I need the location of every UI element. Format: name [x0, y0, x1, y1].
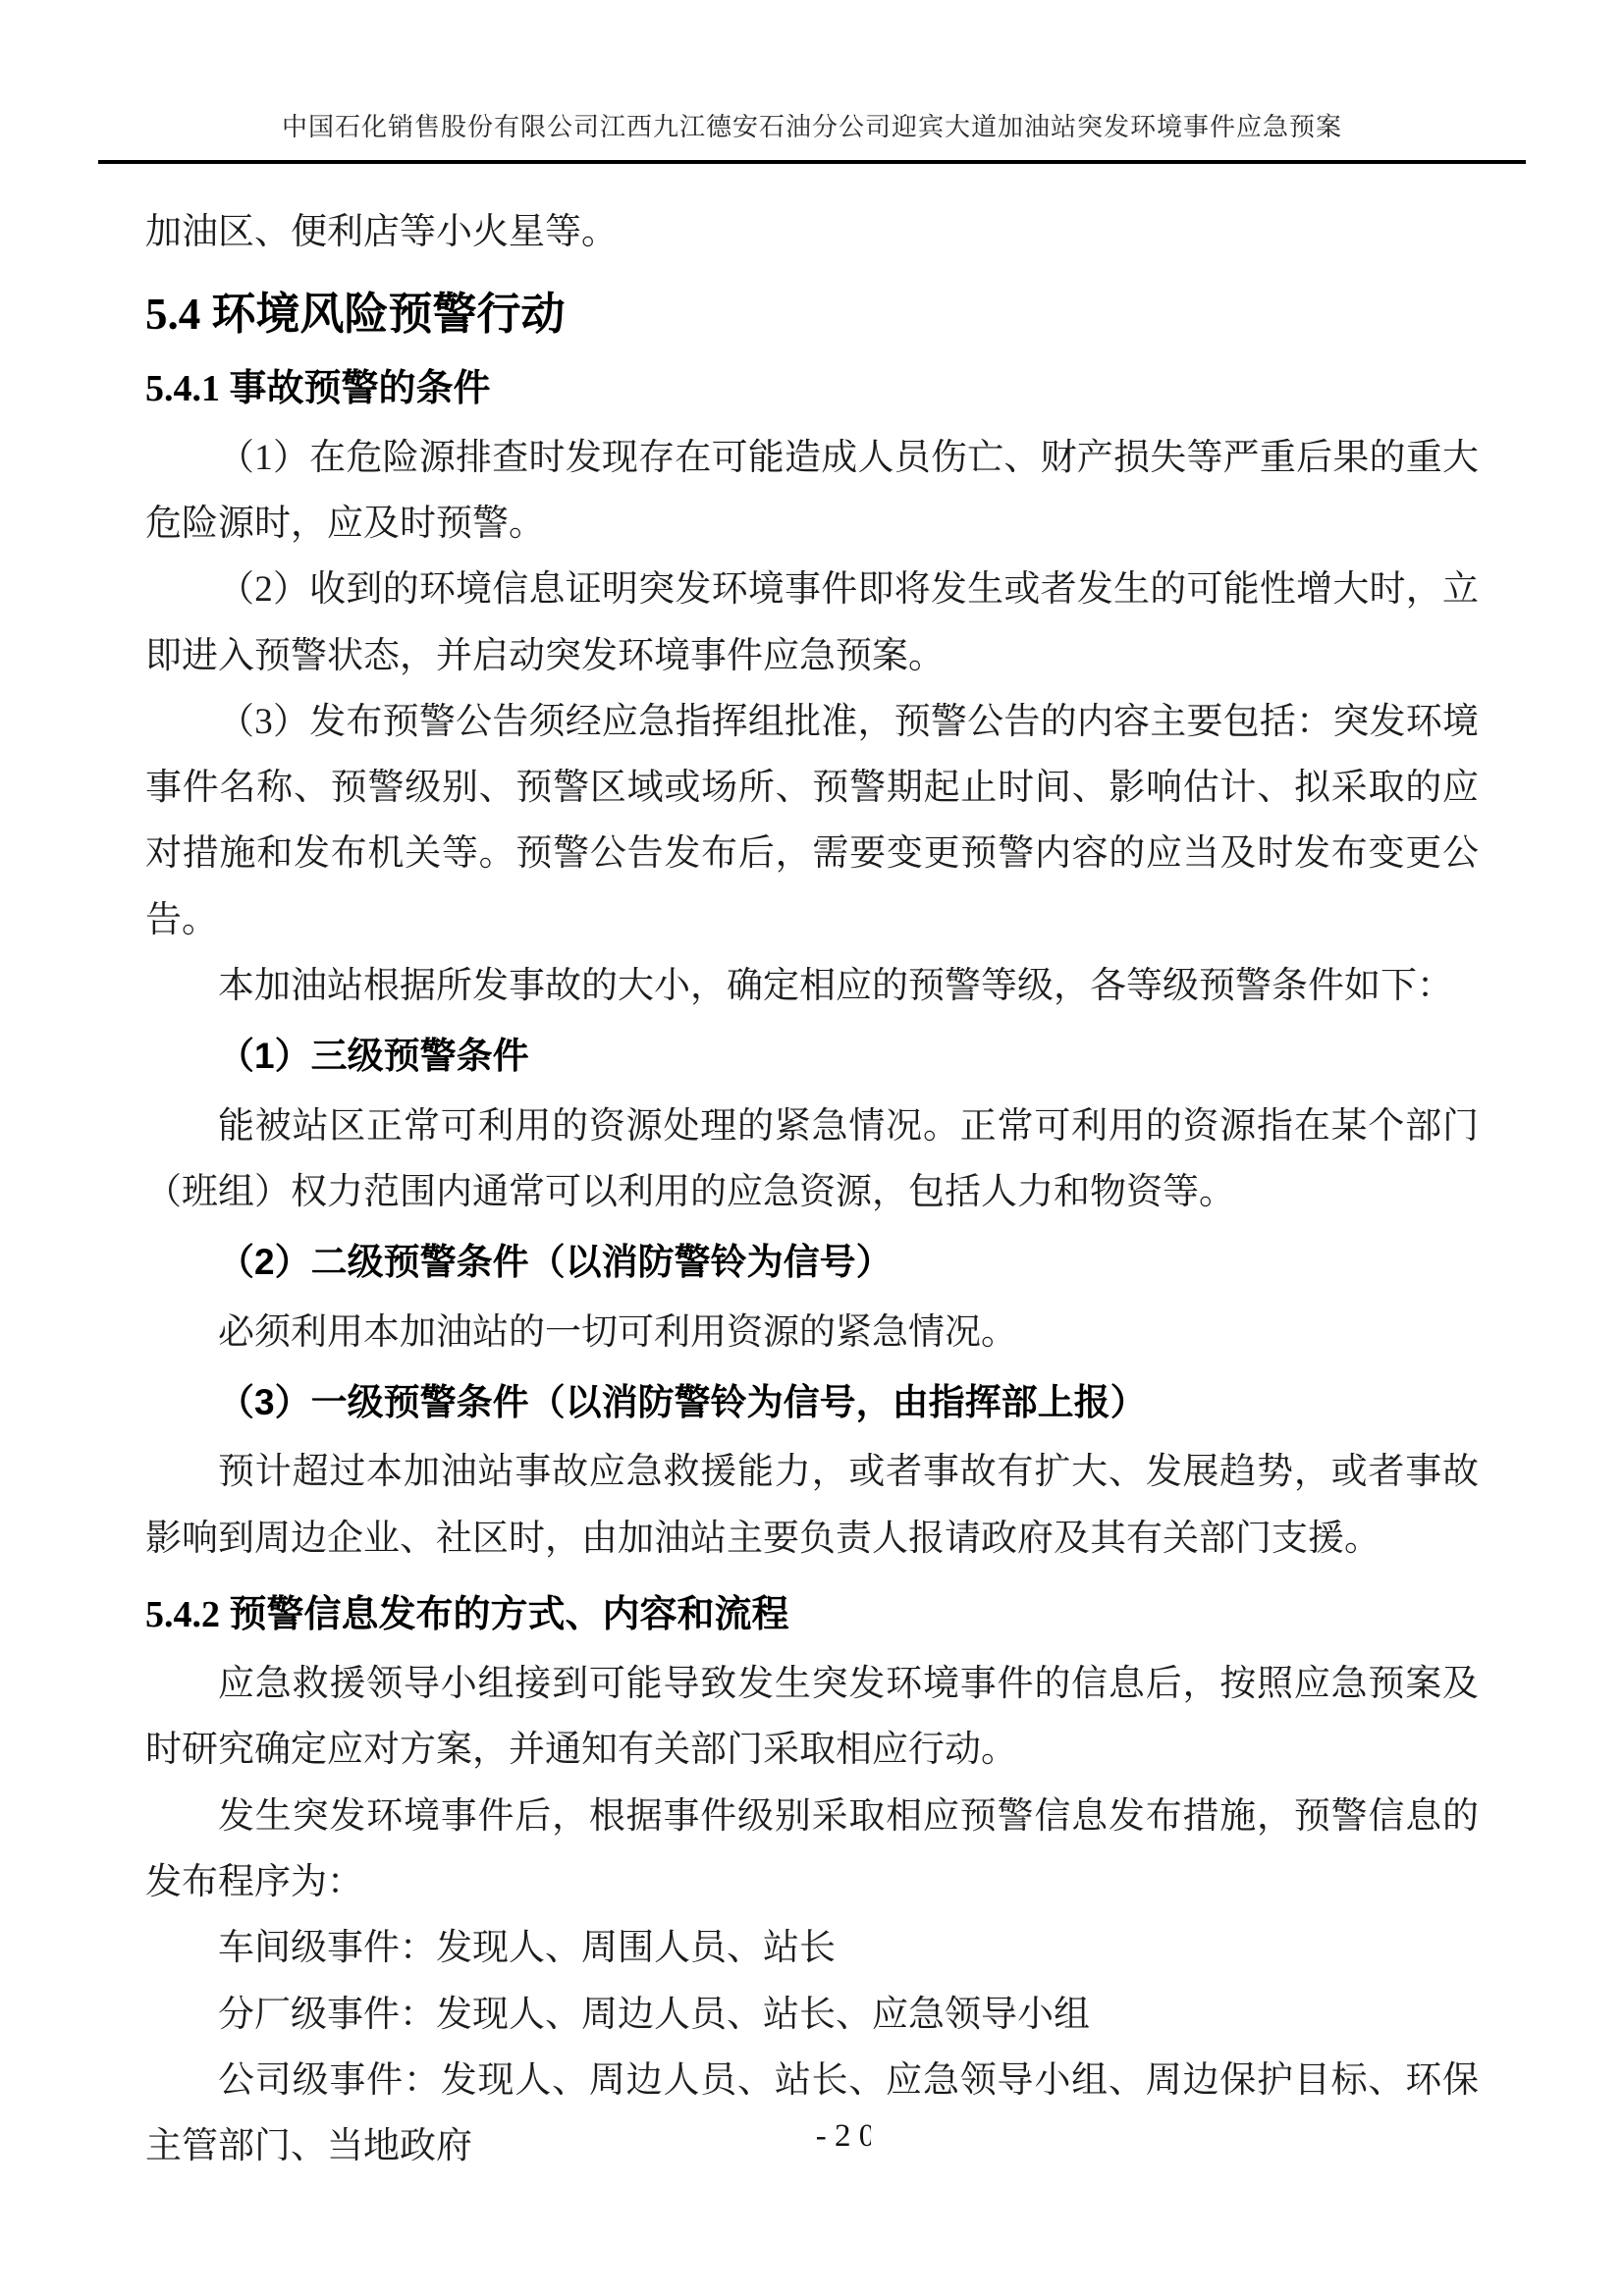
page-header: 中国石化销售股份有限公司江西九江德安石油分公司迎宾大道加油站突发环境事件应急预案 — [98, 0, 1526, 164]
section-5-4-2-title: 预警信息发布的方式、内容和流程 — [230, 1594, 789, 1635]
page-footer: - 2 0 — [0, 2118, 1624, 2155]
page-number: - 2 0 — [816, 2118, 872, 2155]
paragraph-carryover: 加油区、便利店等小火星等。 — [145, 199, 1479, 265]
page-number-text: - 2 — [816, 2118, 851, 2154]
header-rule — [98, 160, 1526, 164]
paragraph-level-1-description: 预计超过本加油站事故应急救援能力，或者事故有扩大、发展趋势，或者事故影响到周边企… — [145, 1439, 1479, 1572]
paragraph-level-2-description: 必须利用本加油站的一切可利用资源的紧急情况。 — [145, 1300, 1479, 1365]
section-5-4-title: 环境风险预警行动 — [212, 290, 566, 339]
section-5-4-1-title: 事故预警的条件 — [230, 368, 491, 409]
paragraph-warning-condition-3: （3）发布预警公告须经应急指挥组批准，预警公告的内容主要包括：突发环境事件名称、… — [145, 689, 1479, 953]
paragraph-warning-condition-1: （1）在危险源排查时发现存在可能造成人员伤亡、财产损失等严重后果的重大危险源时，… — [145, 425, 1479, 558]
subheading-level-1-warning: （3）一级预警条件（以消防警铃为信号，由指挥部上报） — [145, 1369, 1479, 1435]
section-5-4-2-number: 5.4.2 — [145, 1594, 230, 1635]
section-5-4-1-number: 5.4.1 — [145, 368, 230, 409]
paragraph-release-procedure-intro: 发生突发环境事件后，根据事件级别采取相应预警信息发布措施，预警信息的发布程序为： — [145, 1784, 1479, 1916]
paragraph-company-level-event: 公司级事件：发现人、周边人员、站长、应急领导小组、周边保护目标、环保主管部门、当… — [145, 2048, 1479, 2180]
section-5-4-1-heading: 5.4.1 事故预警的条件 — [145, 361, 1479, 417]
paragraph-warning-levels-intro: 本加油站根据所发事故的大小，确定相应的预警等级，各等级预警条件如下： — [145, 953, 1479, 1019]
section-5-4-number: 5.4 — [145, 290, 212, 339]
paragraph-level-3-description: 能被站区正常可利用的资源处理的紧急情况。正常可利用的资源指在某个部门（班组）权力… — [145, 1094, 1479, 1226]
section-5-4-2-heading: 5.4.2 预警信息发布的方式、内容和流程 — [145, 1587, 1479, 1643]
paragraph-branch-level-event: 分厂级事件：发现人、周边人员、站长、应急领导小组 — [145, 1982, 1479, 2048]
paragraph-release-plan: 应急救援领导小组接到可能导致发生突发环境事件的信息后，按照应急预案及时研究确定应… — [145, 1651, 1479, 1784]
paragraph-warning-condition-2: （2）收到的环境信息证明突发环境事件即将发生或者发生的可能性增大时，立即进入预警… — [145, 557, 1479, 689]
document-body: 加油区、便利店等小火星等。 5.4 环境风险预警行动 5.4.1 事故预警的条件… — [145, 199, 1479, 2180]
section-5-4-heading: 5.4 环境风险预警行动 — [145, 284, 1479, 346]
subheading-level-3-warning: （1）三级预警条件 — [145, 1023, 1479, 1089]
page-number-clipped-digit: 0 — [859, 2118, 872, 2155]
document-page: 中国石化销售股份有限公司江西九江德安石油分公司迎宾大道加油站突发环境事件应急预案… — [0, 0, 1624, 2296]
header-title: 中国石化销售股份有限公司江西九江德安石油分公司迎宾大道加油站突发环境事件应急预案 — [98, 112, 1526, 142]
subheading-level-2-warning: （2）二级预警条件（以消防警铃为信号） — [145, 1229, 1479, 1295]
paragraph-workshop-level-event: 车间级事件：发现人、周围人员、站长 — [145, 1915, 1479, 1981]
